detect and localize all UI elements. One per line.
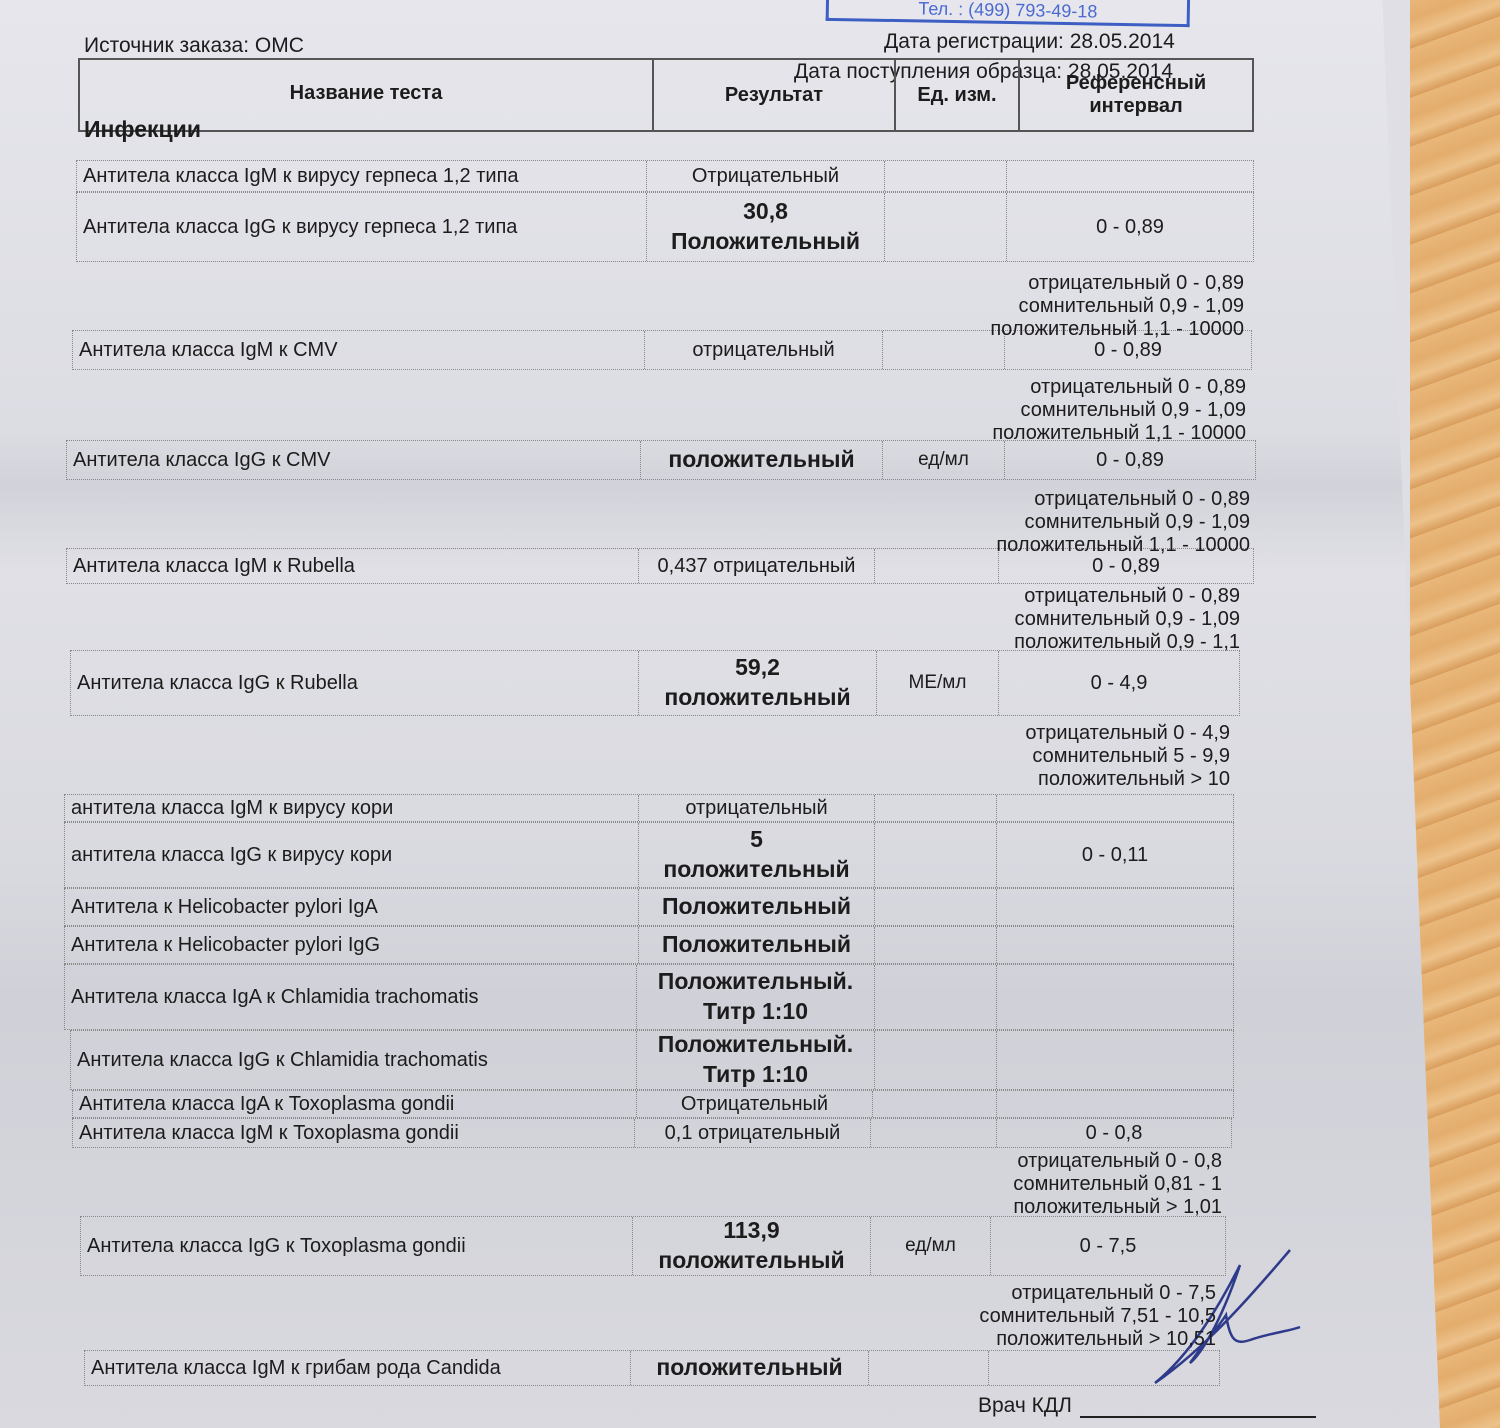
- test-result: Отрицательный: [647, 161, 885, 191]
- result-value: Положительный.: [658, 1030, 853, 1060]
- result-value: 0,437 отрицательный: [658, 555, 856, 578]
- test-result: 5 положительный: [639, 823, 875, 887]
- result-value: Положительный.: [658, 967, 853, 997]
- table-row: Антитела класса IgG к Toxoplasma gondii …: [80, 1216, 1226, 1276]
- result-value: Отрицательный: [681, 1093, 828, 1116]
- table-row: Антитела класса IgM к грибам рода Candid…: [84, 1350, 1220, 1386]
- reference-text: 0 - 4,9: [1091, 672, 1148, 695]
- test-name: Антитела класса IgG к Rubella: [71, 651, 639, 715]
- test-name: Антитела класса IgG к Chlamidia trachoma…: [71, 1031, 637, 1089]
- range-line: положительный > 10,51: [979, 1328, 1216, 1351]
- test-reference: 0 - 0,11: [997, 823, 1233, 887]
- reference-ranges-note: отрицательный 0 - 0,89сомнительный 0,9 -…: [992, 376, 1246, 445]
- range-line: отрицательный 0 - 0,89: [996, 488, 1250, 511]
- range-line: отрицательный 0 - 0,89: [992, 376, 1246, 399]
- test-name-text: Антитела класса IgG к Rubella: [77, 672, 358, 695]
- test-result: Положительный. Титр 1:10: [637, 965, 875, 1029]
- result-value: Положительный: [662, 930, 851, 960]
- test-name: антитела класса IgM к вирусу кори: [65, 795, 639, 821]
- test-reference: [997, 927, 1233, 963]
- test-name: Антитела к Helicobacter pylori IgA: [65, 889, 639, 925]
- test-reference: 0 - 0,8: [997, 1119, 1231, 1147]
- result-interpretation: Положительный: [671, 227, 860, 257]
- test-name: Антитела класса IgG к вирусу герпеса 1,2…: [77, 193, 647, 261]
- doctor-signature-field: Врач КДЛ: [978, 1394, 1316, 1418]
- test-unit: ед/мл: [883, 441, 1005, 479]
- result-interpretation: Титр 1:10: [703, 1060, 808, 1090]
- test-unit: [875, 889, 997, 925]
- result-value: положительный: [656, 1353, 842, 1383]
- test-name-text: Антитела класса IgG к CMV: [73, 449, 330, 472]
- reference-ranges-note: отрицательный 0 - 0,8сомнительный 0,81 -…: [1013, 1150, 1222, 1219]
- range-line: положительный > 1,01: [1013, 1196, 1222, 1219]
- result-interpretation: Титр 1:10: [703, 997, 808, 1027]
- test-unit: [883, 331, 1005, 369]
- result-value: 0,1 отрицательный: [665, 1122, 841, 1145]
- test-name: Антитела класса IgM к грибам рода Candid…: [85, 1351, 631, 1385]
- test-name-text: Антитела класса IgA к Toxoplasma gondii: [79, 1093, 454, 1116]
- stamp-phone: Тел. : (499) 793-49-18: [918, 0, 1097, 22]
- reference-ranges-note: отрицательный 0 - 0,89сомнительный 0,9 -…: [1014, 585, 1240, 654]
- table-row: Антитела класса IgG к CMV положительный …: [66, 440, 1256, 480]
- reference-ranges-note: отрицательный 0 - 7,5сомнительный 7,51 -…: [979, 1282, 1216, 1351]
- range-line: положительный 1,1 - 10000: [992, 422, 1246, 445]
- test-unit: [873, 1091, 997, 1117]
- doctor-label: Врач КДЛ: [978, 1394, 1072, 1418]
- range-line: сомнительный 0,9 - 1,09: [996, 511, 1250, 534]
- range-line: отрицательный 0 - 0,8: [1013, 1150, 1222, 1173]
- test-name-text: Антитела класса IgM к грибам рода Candid…: [91, 1357, 501, 1380]
- test-name: Антитела класса IgM к вирусу герпеса 1,2…: [77, 161, 647, 191]
- test-unit: [875, 927, 997, 963]
- test-name: Антитела к Helicobacter pylori IgG: [65, 927, 639, 963]
- test-unit: [875, 549, 999, 583]
- range-line: отрицательный 0 - 0,89: [990, 272, 1244, 295]
- test-name-text: Антитела класса IgG к Chlamidia trachoma…: [77, 1049, 488, 1072]
- test-result: Положительный. Титр 1:10: [637, 1031, 875, 1089]
- test-name-text: антитела класса IgM к вирусу кори: [71, 797, 393, 820]
- result-value: Положительный: [662, 892, 851, 922]
- range-line: сомнительный 0,9 - 1,09: [992, 399, 1246, 422]
- test-unit: МЕ/мл: [877, 651, 999, 715]
- reference-text: 0 - 7,5: [1080, 1235, 1137, 1258]
- test-result: отрицательный: [645, 331, 883, 369]
- range-line: положительный 0,9 - 1,1: [1014, 631, 1240, 654]
- table-row: Антитела класса IgG к Chlamidia trachoma…: [70, 1030, 1234, 1090]
- test-name: Антитела класса IgM к Toxoplasma gondii: [73, 1119, 635, 1147]
- test-name-text: Антитела класса IgG к вирусу герпеса 1,2…: [83, 216, 517, 239]
- test-reference: [997, 1031, 1233, 1089]
- test-name: Антитела класса IgA к Chlamidia trachoma…: [65, 965, 637, 1029]
- result-interpretation: положительный: [664, 683, 850, 713]
- test-unit: [869, 1351, 989, 1385]
- test-unit: [871, 1119, 997, 1147]
- result-value: положительный: [668, 445, 854, 475]
- test-reference: [997, 965, 1233, 1029]
- table-row: Антитела класса IgG к Rubella 59,2 полож…: [70, 650, 1240, 716]
- result-value: отрицательный: [685, 797, 827, 820]
- test-unit: [875, 795, 997, 821]
- test-result: 0,437 отрицательный: [639, 549, 875, 583]
- test-result: положительный: [641, 441, 883, 479]
- table-row: Антитела класса IgM к вирусу герпеса 1,2…: [76, 160, 1254, 192]
- test-reference: [997, 795, 1233, 821]
- test-unit: [875, 1031, 997, 1089]
- test-name-text: Антитела класса IgM к CMV: [79, 339, 338, 362]
- test-unit: [885, 161, 1007, 191]
- range-line: отрицательный 0 - 0,89: [1014, 585, 1240, 608]
- test-unit: [885, 193, 1007, 261]
- test-name-text: Антитела к Helicobacter pylori IgG: [71, 934, 380, 957]
- result-value: Отрицательный: [692, 165, 839, 188]
- table-row: антитела класса IgM к вирусу кори отрица…: [64, 794, 1234, 822]
- test-reference: 0 - 0,89: [1005, 441, 1255, 479]
- result-value: 5: [750, 825, 763, 855]
- range-line: сомнительный 5 - 9,9: [1025, 745, 1230, 768]
- table-row: Антитела класса IgA к Chlamidia trachoma…: [64, 964, 1234, 1030]
- test-result: 0,1 отрицательный: [635, 1119, 871, 1147]
- test-result: Отрицательный: [637, 1091, 873, 1117]
- range-line: сомнительный 0,9 - 1,09: [1014, 608, 1240, 631]
- range-line: положительный 1,1 - 10000: [990, 318, 1244, 341]
- test-name: антитела класса IgG к вирусу кори: [65, 823, 639, 887]
- test-name-text: Антитела класса IgM к вирусу герпеса 1,2…: [83, 165, 519, 188]
- test-name: Антитела класса IgA к Toxoplasma gondii: [73, 1091, 637, 1117]
- test-reference: 0 - 4,9: [999, 651, 1239, 715]
- range-line: отрицательный 0 - 7,5: [979, 1282, 1216, 1305]
- test-result: 30,8 Положительный: [647, 193, 885, 261]
- test-name-text: Антитела класса IgG к Toxoplasma gondii: [87, 1235, 466, 1258]
- test-unit: [875, 965, 997, 1029]
- table-row: Антитела класса IgG к вирусу герпеса 1,2…: [76, 192, 1254, 262]
- test-name: Антитела класса IgG к Toxoplasma gondii: [81, 1217, 633, 1275]
- range-line: положительный 1,1 - 10000: [996, 534, 1250, 557]
- test-result: отрицательный: [639, 795, 875, 821]
- range-line: сомнительный 7,51 - 10,5: [979, 1305, 1216, 1328]
- test-reference: [1007, 161, 1253, 191]
- col-header-unit: Ед. изм.: [896, 60, 1020, 130]
- test-name-text: антитела класса IgG к вирусу кори: [71, 844, 392, 867]
- reference-text: 0 - 0,89: [1096, 216, 1164, 239]
- result-value: 30,8: [743, 197, 788, 227]
- col-header-ref: Референсный интервал: [1020, 60, 1252, 130]
- result-value: отрицательный: [692, 339, 834, 362]
- test-result: Положительный: [639, 889, 875, 925]
- range-line: сомнительный 0,9 - 1,09: [990, 295, 1244, 318]
- test-name: Антитела класса IgG к CMV: [67, 441, 641, 479]
- test-name: Антитела класса IgM к Rubella: [67, 549, 639, 583]
- table-row: Антитела класса IgA к Toxoplasma gondii …: [72, 1090, 1234, 1118]
- range-line: сомнительный 0,81 - 1: [1013, 1173, 1222, 1196]
- reference-ranges-note: отрицательный 0 - 0,89сомнительный 0,9 -…: [990, 272, 1244, 341]
- range-line: положительный > 10: [1025, 768, 1230, 791]
- section-title: Инфекции: [84, 116, 201, 143]
- test-reference: [997, 1091, 1233, 1117]
- test-reference: 0 - 0,89: [1007, 193, 1253, 261]
- registration-date: Дата регистрации: 28.05.2014: [884, 30, 1175, 54]
- table-row: Антитела к Helicobacter pylori IgA Полож…: [64, 888, 1234, 926]
- table-row: Антитела к Helicobacter pylori IgG Полож…: [64, 926, 1234, 964]
- order-source: Источник заказа: ОМС: [84, 34, 304, 58]
- unit-text: ед/мл: [905, 1235, 956, 1257]
- reference-text: 0 - 0,8: [1086, 1122, 1143, 1145]
- test-result: 113,9 положительный: [633, 1217, 871, 1275]
- test-name-text: Антитела к Helicobacter pylori IgA: [71, 896, 378, 919]
- reference-text: 0 - 0,11: [1082, 844, 1148, 867]
- test-unit: [875, 823, 997, 887]
- result-value: 59,2: [735, 653, 780, 683]
- table-row: антитела класса IgG к вирусу кори 5 поло…: [64, 822, 1234, 888]
- test-result: 59,2 положительный: [639, 651, 877, 715]
- result-interpretation: положительный: [663, 855, 849, 885]
- test-name: Антитела класса IgM к CMV: [73, 331, 645, 369]
- test-name-text: Антитела класса IgM к Rubella: [73, 555, 355, 578]
- test-reference: [997, 889, 1233, 925]
- col-header-result: Результат: [654, 60, 896, 130]
- reference-text: 0 - 0,89: [1094, 339, 1162, 362]
- unit-text: ед/мл: [918, 449, 969, 471]
- reference-text: 0 - 0,89: [1096, 449, 1164, 472]
- signature-line: [1080, 1400, 1316, 1418]
- reference-ranges-note: отрицательный 0 - 0,89сомнительный 0,9 -…: [996, 488, 1250, 557]
- test-name-text: Антитела класса IgA к Chlamidia trachoma…: [71, 986, 479, 1009]
- reference-text: 0 - 0,89: [1092, 555, 1160, 578]
- table-row: Антитела класса IgM к Toxoplasma gondii …: [72, 1118, 1232, 1148]
- test-result: Положительный: [639, 927, 875, 963]
- result-interpretation: положительный: [658, 1246, 844, 1276]
- test-unit: ед/мл: [871, 1217, 991, 1275]
- table-header: Название теста Результат Ед. изм. Рефере…: [78, 58, 1254, 132]
- unit-text: МЕ/мл: [909, 672, 967, 694]
- test-name-text: Антитела класса IgM к Toxoplasma gondii: [79, 1122, 459, 1145]
- result-value: 113,9: [723, 1216, 779, 1246]
- test-result: положительный: [631, 1351, 869, 1385]
- range-line: отрицательный 0 - 4,9: [1025, 722, 1230, 745]
- reference-ranges-note: отрицательный 0 - 4,9сомнительный 5 - 9,…: [1025, 722, 1230, 791]
